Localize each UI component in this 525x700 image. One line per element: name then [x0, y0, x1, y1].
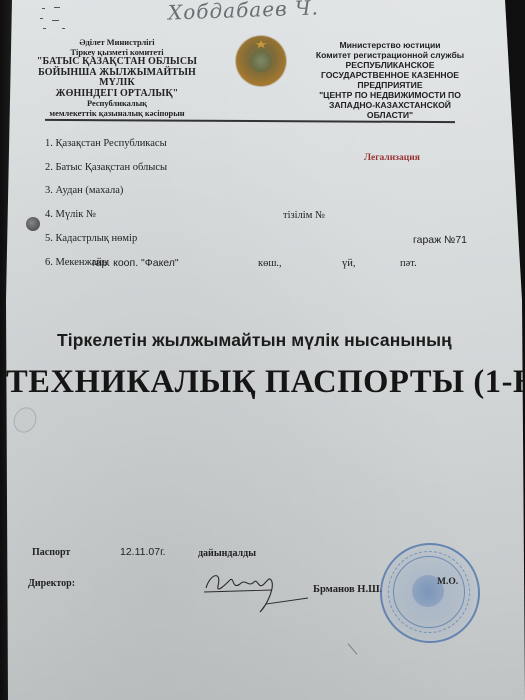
paper-scratch	[348, 643, 358, 654]
address-house-label: үй,	[342, 258, 356, 269]
passport-date: 12.11.07г.	[120, 546, 166, 558]
paper-smudge	[10, 404, 41, 437]
director-name: Брманов Н.Ш.	[313, 584, 382, 595]
document-page: Хобдабаев Ч. Әділет Министрлігі Тіркеу қ…	[0, 0, 525, 700]
center-name-kz-3: ЖӨНІНДЕГІ ОРТАЛЫҚ"	[32, 89, 202, 100]
legalization-mark: Легализация	[364, 153, 420, 163]
director-label: Директор:	[28, 578, 75, 589]
cadastral-value: гараж №71	[413, 234, 467, 246]
header-right-russian: Министерство юстиции Комитет регистрацио…	[300, 40, 480, 120]
field-region: 2. Батыс Қазақстан облысы	[45, 162, 167, 173]
field-country: 1. Қазақстан Республикасы	[45, 138, 167, 149]
handwritten-note: Хобдабаев Ч.	[168, 0, 320, 25]
center-name-ru-2: ЗАПАДНО-КАЗАХСТАНСКОЙ	[300, 100, 480, 110]
thumbprint-smudge	[26, 217, 40, 231]
address-street-label: көш.,	[258, 258, 282, 269]
center-name-ru-3: ОБЛАСТИ"	[300, 110, 480, 120]
document-title: ТЕХНИКАЛЫҚ ПАСПОРТЫ (1-Н)	[6, 364, 525, 401]
address-apartment-label: пәт.	[400, 258, 417, 269]
field-district: 3. Аудан (махала)	[45, 185, 123, 196]
enterprise-type-kz-2: мемлекеттік қазыналық кәсіпорын	[32, 109, 202, 119]
state-emblem-icon	[236, 36, 286, 86]
seal-place-label: М.О.	[437, 577, 458, 587]
enterprise-type-ru-1: РЕСПУБЛИКАНСКОЕ	[300, 60, 480, 70]
field-property-number: 4. Мүлік №	[45, 209, 96, 220]
committee-name-ru: Комитет регистрационной службы	[300, 50, 480, 60]
center-name-kz-2: БОЙЫНША ЖЫЛЖЫМАЙТЫН МҮЛІК	[32, 68, 202, 89]
enterprise-type-kz-1: Республикалық	[32, 99, 202, 109]
paper-specks	[40, 4, 80, 34]
center-name-ru-1: "ЦЕНТР ПО НЕДВИЖИМОСТИ ПО	[300, 90, 480, 100]
document-subtitle: Тіркелетін жылжымайтын мүлік нысанының	[57, 330, 452, 351]
field-cadastral-number: 5. Кадастрлық нөмір	[45, 233, 137, 244]
ministry-name-kz: Әділет Министрлігі	[32, 38, 202, 48]
enterprise-type-ru-3: ПРЕДПРИЯТИЕ	[300, 80, 480, 90]
enterprise-type-ru-2: ГОСУДАРСТВЕННОЕ КАЗЕННОЕ	[300, 70, 480, 80]
passport-label: Паспорт	[32, 547, 70, 558]
director-signature-icon	[196, 560, 316, 620]
prepared-label: дайындалды	[198, 548, 256, 559]
address-value: гар. кооп. "Факел"	[92, 257, 179, 269]
header-left-kazakh: Әділет Министрлігі Тіркеу қызметі комите…	[32, 38, 202, 118]
field-registry-number: тізілім №	[283, 210, 325, 221]
ministry-name-ru: Министерство юстиции	[300, 40, 480, 50]
official-stamp-icon	[380, 543, 480, 643]
